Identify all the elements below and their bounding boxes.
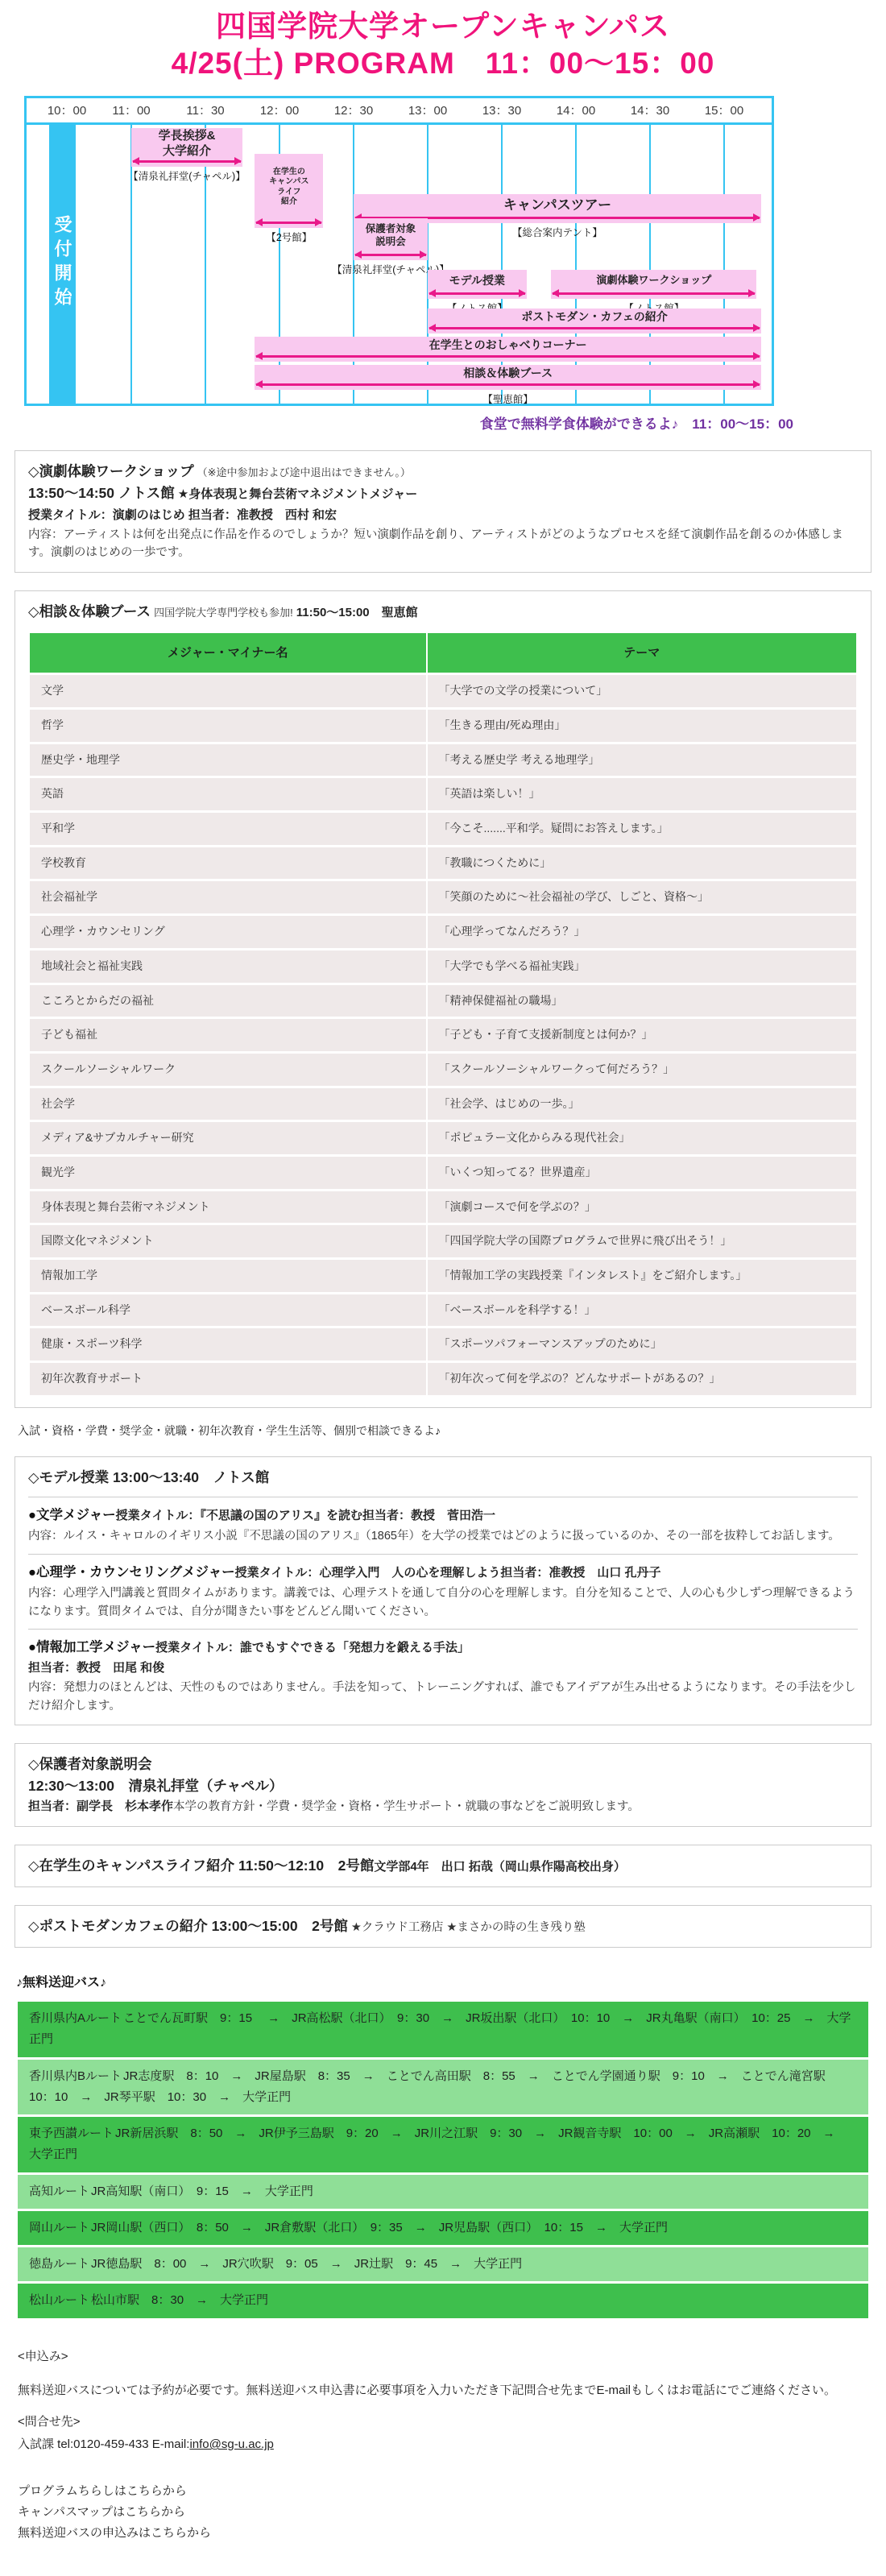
model-class-title-rest: 授業タイトル：誰でもすぐできる「発想力を鍛える手法」 <box>155 1641 470 1655</box>
event-box: 演劇体験ワークショップ <box>551 270 756 299</box>
booth-row: 英語「英語は楽しい！」 <box>30 778 856 810</box>
booth-row: 社会学「社会学、はじめの一歩。」 <box>30 1088 856 1120</box>
theme-cell: 「初年次って何を学ぶの？どんなサポートがあるの？」 <box>428 1363 856 1395</box>
model-class-major: ●文学メジャー <box>28 1508 116 1522</box>
workshop-heading-note: （※途中参加および途中退出はできません。） <box>197 466 411 478</box>
booth-row: 身体表現と舞台芸術マネジメント「演劇コースで何を学ぶの？」 <box>30 1191 856 1224</box>
timeline-event: 相談＆体験ブース【聖恵館】 <box>255 365 761 406</box>
bus-route-name: 徳島ルート <box>29 2257 89 2271</box>
major-cell: スクールソーシャルワーク <box>30 1054 426 1086</box>
bus-route-stops: JR志度駅 8：10 → JR屋島駅 8：35 → ことでん高田駅 8：55 →… <box>29 2069 838 2104</box>
major-cell: 心理学・カウンセリング <box>30 916 426 948</box>
model-class-item: ●心理学・カウンセリングメジャー授業タイトル：心理学入門 人の心を理解しよう担当… <box>28 1554 858 1621</box>
event-box: 在学生の キャンパス ライフ 紹介 <box>255 154 323 228</box>
event-duration-arrow <box>553 292 755 295</box>
theme-cell: 「生きる理由/死ぬ理由」 <box>428 710 856 742</box>
model-class-heading: ◇モデル授業 13:00～13:40 ノトス館 <box>28 1467 858 1489</box>
theme-cell: 「スポーツパフォーマンスアップのために」 <box>428 1328 856 1360</box>
major-cell: 初年次教育サポート <box>30 1363 426 1395</box>
booth-row: ベースボール科学「ベースボールを科学する！」 <box>30 1294 856 1327</box>
booth-header-row: メジャー・マイナー名 テーマ <box>30 633 856 673</box>
booth-header-major: メジャー・マイナー名 <box>30 633 426 673</box>
contact-label: <問合せ先> <box>18 2411 868 2434</box>
model-class-major: ●心理学・カウンセリングメジャー <box>28 1565 235 1580</box>
time-label: 13：30 <box>482 101 521 118</box>
event-duration-arrow <box>429 292 525 295</box>
bus-route-stops: 松山市駅 8：30 → 大学正門 <box>91 2293 268 2307</box>
cafeteria-note: 食堂で無料学食体験ができるよ♪ 11：00～15：00 <box>24 412 793 433</box>
time-label: 15：00 <box>705 101 743 118</box>
bus-route-row: 岡山ルートJR岡山駅（西口） 8：50 → JR倉敷駅（北口） 9：35 → J… <box>18 2211 868 2245</box>
footer-link-line: プログラムちらしはこちらから <box>18 2481 868 2502</box>
event-duration-arrow <box>256 222 321 224</box>
time-label: 10：00 <box>48 101 86 118</box>
event-title: 在学生の キャンパス ライフ 紹介 <box>269 168 308 208</box>
event-location: 【清泉礼拝堂(チャペル)】 <box>128 168 245 183</box>
major-cell: 情報加工学 <box>30 1260 426 1292</box>
booth-row: メディア&サブカルチャー研究「ポピュラー文化からみる現代社会」 <box>30 1122 856 1154</box>
workshop-desc: 内容：アーティストは何を出発点に作品を作るのでしょうか？短い演劇作品を創り、アー… <box>28 526 858 562</box>
time-label: 12：30 <box>334 101 373 118</box>
workshop-heading-line: ◇演劇体験ワークショップ （※途中参加および途中退出はできません。） <box>28 461 858 482</box>
booth-row: 学校教育「教職につくために」 <box>30 847 856 880</box>
booth-row: 地域社会と福祉実践「大学でも学べる福祉実践」 <box>30 950 856 983</box>
apply-text: 無料送迎バスについては予約が必要です。無料送迎バス申込書に必要事項を入力いただき… <box>18 2379 868 2403</box>
reception-bar: 受付開始 <box>49 125 76 404</box>
consult-note: 入試・資格・学費・奨学金・就職・初年次教育・学生生活等、個別で相談できるよ♪ <box>18 1423 868 1439</box>
theme-cell: 「教職につくために」 <box>428 847 856 880</box>
model-class-title-rest: 授業タイトル：『不思議の国のアリス』を読む担当者：教授 菅田浩一 <box>116 1509 495 1522</box>
major-cell: こころとからだの福祉 <box>30 985 426 1017</box>
major-cell: 地域社会と福祉実践 <box>30 950 426 983</box>
booth-note-small: 四国学院大学専門学校も参加! <box>154 607 293 619</box>
event-duration-arrow <box>133 160 241 163</box>
event-title: 在学生とのおしゃべりコーナー <box>429 338 587 353</box>
event-title: ポストモダン・カフェの紹介 <box>521 310 667 325</box>
workshop-time-place: 13:50～14:50 ノトス館 <box>28 485 175 501</box>
workshop-time-line: 13:50～14:50 ノトス館 ★身体表現と舞台芸術マネジメントメジャー <box>28 482 858 504</box>
booth-row: 観光学「いくつ知ってる？世界遺産」 <box>30 1157 856 1189</box>
event-title: 相談＆体験ブース <box>463 367 553 381</box>
major-cell: 健康・スポーツ科学 <box>30 1328 426 1360</box>
theme-cell: 「子ども・子育て支援新制度とは何か？」 <box>428 1019 856 1051</box>
model-class-desc: 内容：心理学入門講義と質問タイムがあります。講義では、心理テストを通して自分の心… <box>28 1584 858 1621</box>
theme-cell: 「大学での文学の授業について」 <box>428 675 856 707</box>
bus-route-row: 徳島ルートJR徳島駅 8：00 → JR穴吹駅 9：05 → JR辻駅 9：45… <box>18 2247 868 2281</box>
major-cell: 社会福祉学 <box>30 881 426 913</box>
event-title: 演劇体験ワークショップ <box>596 274 711 287</box>
booth-table: メジャー・マイナー名 テーマ 文学「大学での文学の授業について」哲学「生きる理由… <box>28 631 858 1398</box>
booth-header-theme: テーマ <box>428 633 856 673</box>
event-title: キャンパスツアー <box>503 197 611 213</box>
contact-line: 入試課 tel:0120-459-433 E-mail:info@sg-u.ac… <box>18 2433 868 2457</box>
booth-table-head: メジャー・マイナー名 テーマ <box>30 633 856 673</box>
parents-staff-line: 担当者：副学長 杉本孝作本学の教育方針・学費・奨学金・資格・学生サポート・就職の… <box>28 1797 858 1816</box>
booth-heading-line: ◇相談＆体験ブース 四国学院大学専門学校も参加! 11:50～15:00 聖恵館 <box>28 601 858 623</box>
time-label: 13：00 <box>408 101 447 118</box>
bus-route-row: 東予西讃ルートJR新居浜駅 8：50 → JR伊予三島駅 9：20 → JR川之… <box>18 2117 868 2172</box>
booth-row: 情報加工学「情報加工学の実践授業『インタレスト』をご紹介します。」 <box>30 1260 856 1292</box>
program-timeline-chart: 10：0011：0011：3012：0012：3013：0013：3014：00… <box>24 96 774 406</box>
theme-cell: 「心理学ってなんだろう？」 <box>428 916 856 948</box>
major-cell: 国際文化マネジメント <box>30 1225 426 1257</box>
theme-cell: 「情報加工学の実践授業『インタレスト』をご紹介します。」 <box>428 1260 856 1292</box>
theme-cell: 「ポピュラー文化からみる現代社会」 <box>428 1122 856 1154</box>
model-class-item: ●情報加工学メジャー授業タイトル：誰でもすぐできる「発想力を鍛える手法」担当者：… <box>28 1629 858 1715</box>
footer-link[interactable]: 無料送迎バスの申込みはこちらから <box>18 2526 211 2540</box>
event-box: 学長挨拶& 大学紹介 <box>131 128 242 167</box>
event-box: ポストモダン・カフェの紹介 <box>428 309 761 333</box>
event-box: 在学生とのおしゃべりコーナー <box>255 337 761 362</box>
section-consult-booth: ◇相談＆体験ブース 四国学院大学専門学校も参加! 11:50～15:00 聖恵館… <box>14 590 872 1408</box>
event-title: 保護者対象 説明会 <box>366 223 416 248</box>
booth-row: 子ども福祉「子ども・子育て支援新制度とは何か？」 <box>30 1019 856 1051</box>
time-label: 14：00 <box>557 101 595 118</box>
major-cell: 学校教育 <box>30 847 426 880</box>
model-class-teacher: 担当者：教授 田尾 和俊 <box>28 1659 858 1677</box>
bus-route-stops: JR徳島駅 8：00 → JR穴吹駅 9：05 → JR辻駅 9：45 → 大学… <box>91 2257 522 2271</box>
time-label: 11：00 <box>112 101 150 118</box>
event-location: 【聖恵館】 <box>482 391 533 406</box>
reception-label: 受付開始 <box>50 215 75 312</box>
bus-route-stops: JR岡山駅（西口） 8：50 → JR倉敷駅（北口） 9：35 → JR児島駅（… <box>91 2221 668 2234</box>
theme-cell: 「英語は楽しい！」 <box>428 778 856 810</box>
major-cell: 身体表現と舞台芸術マネジメント <box>30 1191 426 1224</box>
campus-life-heading: ◇在学生のキャンパスライフ紹介 11:50～12:10 2号館 <box>28 1857 374 1874</box>
booth-table-body: 文学「大学での文学の授業について」哲学「生きる理由/死ぬ理由」歴史学・地理学「考… <box>30 675 856 1394</box>
event-location: 【総合案内テント】 <box>512 225 602 239</box>
theme-cell: 「ベースボールを科学する！」 <box>428 1294 856 1327</box>
parents-staff: 担当者：副学長 杉本孝作 <box>28 1799 173 1813</box>
booth-row: 歴史学・地理学「考える歴史学 考える地理学」 <box>30 744 856 777</box>
theme-cell: 「大学でも学べる福祉実践」 <box>428 950 856 983</box>
section-postmodern-cafe: ◇ポストモダンカフェの紹介 13:00～15:00 2号館 ★クラウド工務店 ★… <box>14 1905 872 1948</box>
event-duration-arrow <box>256 383 760 386</box>
model-class-title: ●情報加工学メジャー授業タイトル：誰でもすぐできる「発想力を鍛える手法」 <box>28 1638 858 1659</box>
workshop-major: ★身体表現と舞台芸術マネジメントメジャー <box>178 487 418 501</box>
major-cell: ベースボール科学 <box>30 1294 426 1327</box>
model-class-title-rest: 授業タイトル：心理学入門 人の心を理解しよう担当者：准教授 山口 孔丹子 <box>235 1566 661 1580</box>
bus-route-name: 岡山ルート <box>29 2221 89 2234</box>
major-cell: 哲学 <box>30 710 426 742</box>
theme-cell: 「考える歴史学 考える地理学」 <box>428 744 856 777</box>
bus-route-name: 松山ルート <box>29 2293 89 2307</box>
bus-route-name: 香川県内Aルート <box>29 2011 122 2025</box>
booth-row: スクールソーシャルワーク「スクールソーシャルワークって何だろう？」 <box>30 1054 856 1086</box>
timeline-body: 受付開始学長挨拶& 大学紹介【清泉礼拝堂(チャペル)】在学生の キャンパス ライ… <box>27 125 772 404</box>
model-class-title: ●心理学・カウンセリングメジャー授業タイトル：心理学入門 人の心を理解しよう担当… <box>28 1563 858 1584</box>
email-link[interactable]: info@sg-u.ac.jp <box>189 2437 273 2451</box>
contact-pre: 入試課 tel:0120-459-433 E-mail: <box>18 2437 189 2451</box>
booth-row: 国際文化マネジメント「四国学院大学の国際プログラムで世界に飛び出そう！」 <box>30 1225 856 1257</box>
booth-row: 心理学・カウンセリング「心理学ってなんだろう？」 <box>30 916 856 948</box>
postmodern-rest: ★クラウド工務店 ★まさかの時の生き残り塾 <box>351 1921 586 1934</box>
event-box: 相談＆体験ブース <box>255 365 761 390</box>
bus-route-stops: JR新居浜駅 8：50 → JR伊予三島駅 9：20 → JR川之江駅 9：30… <box>29 2127 847 2161</box>
time-label: 12：00 <box>260 101 299 118</box>
footer-link[interactable]: プログラムちらしはこちらから <box>18 2484 187 2498</box>
booth-row: 社会福祉学「笑顔のために～社会福祉の学び、しごと、資格～」 <box>30 881 856 913</box>
theme-cell: 「精神保健福祉の職場」 <box>428 985 856 1017</box>
time-label: 14：30 <box>631 101 669 118</box>
event-duration-arrow <box>256 355 760 358</box>
bus-route-name: 高知ルート <box>29 2185 89 2198</box>
booth-row: 健康・スポーツ科学「スポーツパフォーマンスアップのために」 <box>30 1328 856 1360</box>
major-cell: 子ども福祉 <box>30 1019 426 1051</box>
section-parents-briefing: ◇保護者対象説明会 12:30～13:00 清泉礼拝堂（チャペル） 担当者：副学… <box>14 1743 872 1827</box>
model-class-desc: 内容：ルイス・キャロルのイギリス小説『不思議の国のアリス』（1865年）を大学の… <box>28 1527 858 1545</box>
parents-desc: 本学の教育方針・学費・奨学金・資格・学生サポート・就職の事などをご説明致します。 <box>173 1800 640 1813</box>
footer-link-line: キャンパスマップはこちらから <box>18 2502 868 2523</box>
bus-route-stops: ことでん瓦町駅 9：15 → JR高松駅（北口） 9：30 → JR坂出駅（北口… <box>29 2011 851 2046</box>
workshop-heading: ◇演劇体験ワークショップ <box>28 463 194 479</box>
theme-cell: 「笑顔のために～社会福祉の学び、しごと、資格～」 <box>428 881 856 913</box>
model-class-desc: 内容：発想力のほとんどは、天性のものではありません。手法を知って、トレーニングす… <box>28 1679 858 1715</box>
theme-cell: 「演劇コースで何を学ぶの？」 <box>428 1191 856 1224</box>
major-cell: 平和学 <box>30 813 426 845</box>
bus-route-row: 香川県内BルートJR志度駅 8：10 → JR屋島駅 8：35 → ことでん高田… <box>18 2060 868 2115</box>
model-class-title: ●文学メジャー授業タイトル：『不思議の国のアリス』を読む担当者：教授 菅田浩一 <box>28 1505 858 1526</box>
bus-route-stops: JR高知駅（南口） 9：15 → 大学正門 <box>91 2185 313 2198</box>
parents-time-place: 12:30～13:00 清泉礼拝堂（チャペル） <box>28 1775 858 1797</box>
bus-route-row: 松山ルート松山市駅 8：30 → 大学正門 <box>18 2284 868 2317</box>
apply-label: <申込み> <box>18 2346 868 2369</box>
booth-row: こころとからだの福祉「精神保健福祉の職場」 <box>30 985 856 1017</box>
footer-link-line: 無料送迎バスの申込みはこちらから <box>18 2523 868 2544</box>
footer-links: プログラムちらしはこちらからキャンパスマップはこちらから無料送迎バスの申込みはこ… <box>18 2481 868 2545</box>
major-cell: 社会学 <box>30 1088 426 1120</box>
event-title: 学長挨拶& 大学紹介 <box>159 129 216 159</box>
event-box: 保護者対象 説明会 <box>354 218 428 260</box>
page-title-line1: 四国学院大学オープンキャンパス <box>0 8 886 45</box>
event-location: 【2号館】 <box>266 230 312 244</box>
bus-heading: ♪無料送迎バス♪ <box>16 1972 870 1990</box>
page-title: 四国学院大学オープンキャンパス 4/25(土) PROGRAM 11：00～15… <box>0 0 886 83</box>
theme-cell: 「四国学院大学の国際プログラムで世界に飛び出そう！」 <box>428 1225 856 1257</box>
booth-heading: ◇相談＆体験ブース <box>28 603 151 619</box>
bus-route-row: 香川県内Aルートことでん瓦町駅 9：15 → JR高松駅（北口） 9：30 → … <box>18 2002 868 2057</box>
model-class-major: ●情報加工学メジャー <box>28 1640 155 1655</box>
theme-cell: 「社会学、はじめの一歩。」 <box>428 1088 856 1120</box>
booth-row: 哲学「生きる理由/死ぬ理由」 <box>30 710 856 742</box>
major-cell: メディア&サブカルチャー研究 <box>30 1122 426 1154</box>
model-class-list: ●文学メジャー授業タイトル：『不思議の国のアリス』を読む担当者：教授 菅田浩一内… <box>28 1497 858 1715</box>
page-title-line2: 4/25(土) PROGRAM 11：00～15：00 <box>0 45 886 82</box>
theme-cell: 「スクールソーシャルワークって何だろう？」 <box>428 1054 856 1086</box>
event-duration-arrow <box>429 327 760 329</box>
major-cell: 英語 <box>30 778 426 810</box>
workshop-class-title: 授業タイトル：演劇のはじめ 担当者：准教授 西村 和宏 <box>28 506 858 524</box>
theme-cell: 「今こそ.......平和学。疑問にお答えします。」 <box>428 813 856 845</box>
booth-row: 初年次教育サポート「初年次って何を学ぶの？どんなサポートがあるの？」 <box>30 1363 856 1395</box>
apply-section: <申込み> 無料送迎バスについては予約が必要です。無料送迎バス申込書に必要事項を… <box>18 2346 868 2457</box>
bus-route-row: 高知ルートJR高知駅（南口） 9：15 → 大学正門 <box>18 2175 868 2209</box>
event-title: モデル授業 <box>449 274 505 288</box>
booth-note-bold: 11:50～15:00 聖恵館 <box>296 606 418 619</box>
timeline-event: 保護者対象 説明会【清泉礼拝堂(チャペル)】 <box>354 218 428 276</box>
booth-row: 文学「大学での文学の授業について」 <box>30 675 856 707</box>
timeline-event: 在学生の キャンパス ライフ 紹介【2号館】 <box>255 154 323 244</box>
campus-life-rest: 文学部4年 出口 拓哉（岡山県作陽高校出身） <box>374 1860 626 1874</box>
parents-heading: ◇保護者対象説明会 <box>28 1754 858 1775</box>
time-label: 11：30 <box>186 101 224 118</box>
bus-route-name: 東予西讃ルート <box>29 2127 114 2140</box>
booth-row: 平和学「今こそ.......平和学。疑問にお答えします。」 <box>30 813 856 845</box>
timeline-event: 学長挨拶& 大学紹介【清泉礼拝堂(チャペル)】 <box>131 128 242 183</box>
major-cell: 歴史学・地理学 <box>30 744 426 777</box>
theme-cell: 「いくつ知ってる？世界遺産」 <box>428 1157 856 1189</box>
major-cell: 観光学 <box>30 1157 426 1189</box>
section-theatre-workshop: ◇演劇体験ワークショップ （※途中参加および途中退出はできません。） 13:50… <box>14 450 872 573</box>
event-duration-arrow <box>355 254 426 256</box>
model-class-item: ●文学メジャー授業タイトル：『不思議の国のアリス』を読む担当者：教授 菅田浩一内… <box>28 1497 858 1546</box>
bus-table: 香川県内Aルートことでん瓦町駅 9：15 → JR高松駅（北口） 9：30 → … <box>18 2002 868 2318</box>
postmodern-heading: ◇ポストモダンカフェの紹介 13:00～15:00 2号館 <box>28 1918 348 1934</box>
event-box: モデル授業 <box>428 270 527 299</box>
section-model-class: ◇モデル授業 13:00～13:40 ノトス館 ●文学メジャー授業タイトル：『不… <box>14 1456 872 1725</box>
bus-route-name: 香川県内Bルート <box>29 2069 122 2083</box>
footer-link[interactable]: キャンパスマップはこちらから <box>18 2505 185 2519</box>
timeline-header: 10：0011：0011：3012：0012：3013：0013：3014：00… <box>27 98 772 125</box>
section-campus-life: ◇在学生のキャンパスライフ紹介 11:50～12:10 2号館文学部4年 出口 … <box>14 1845 872 1887</box>
major-cell: 文学 <box>30 675 426 707</box>
